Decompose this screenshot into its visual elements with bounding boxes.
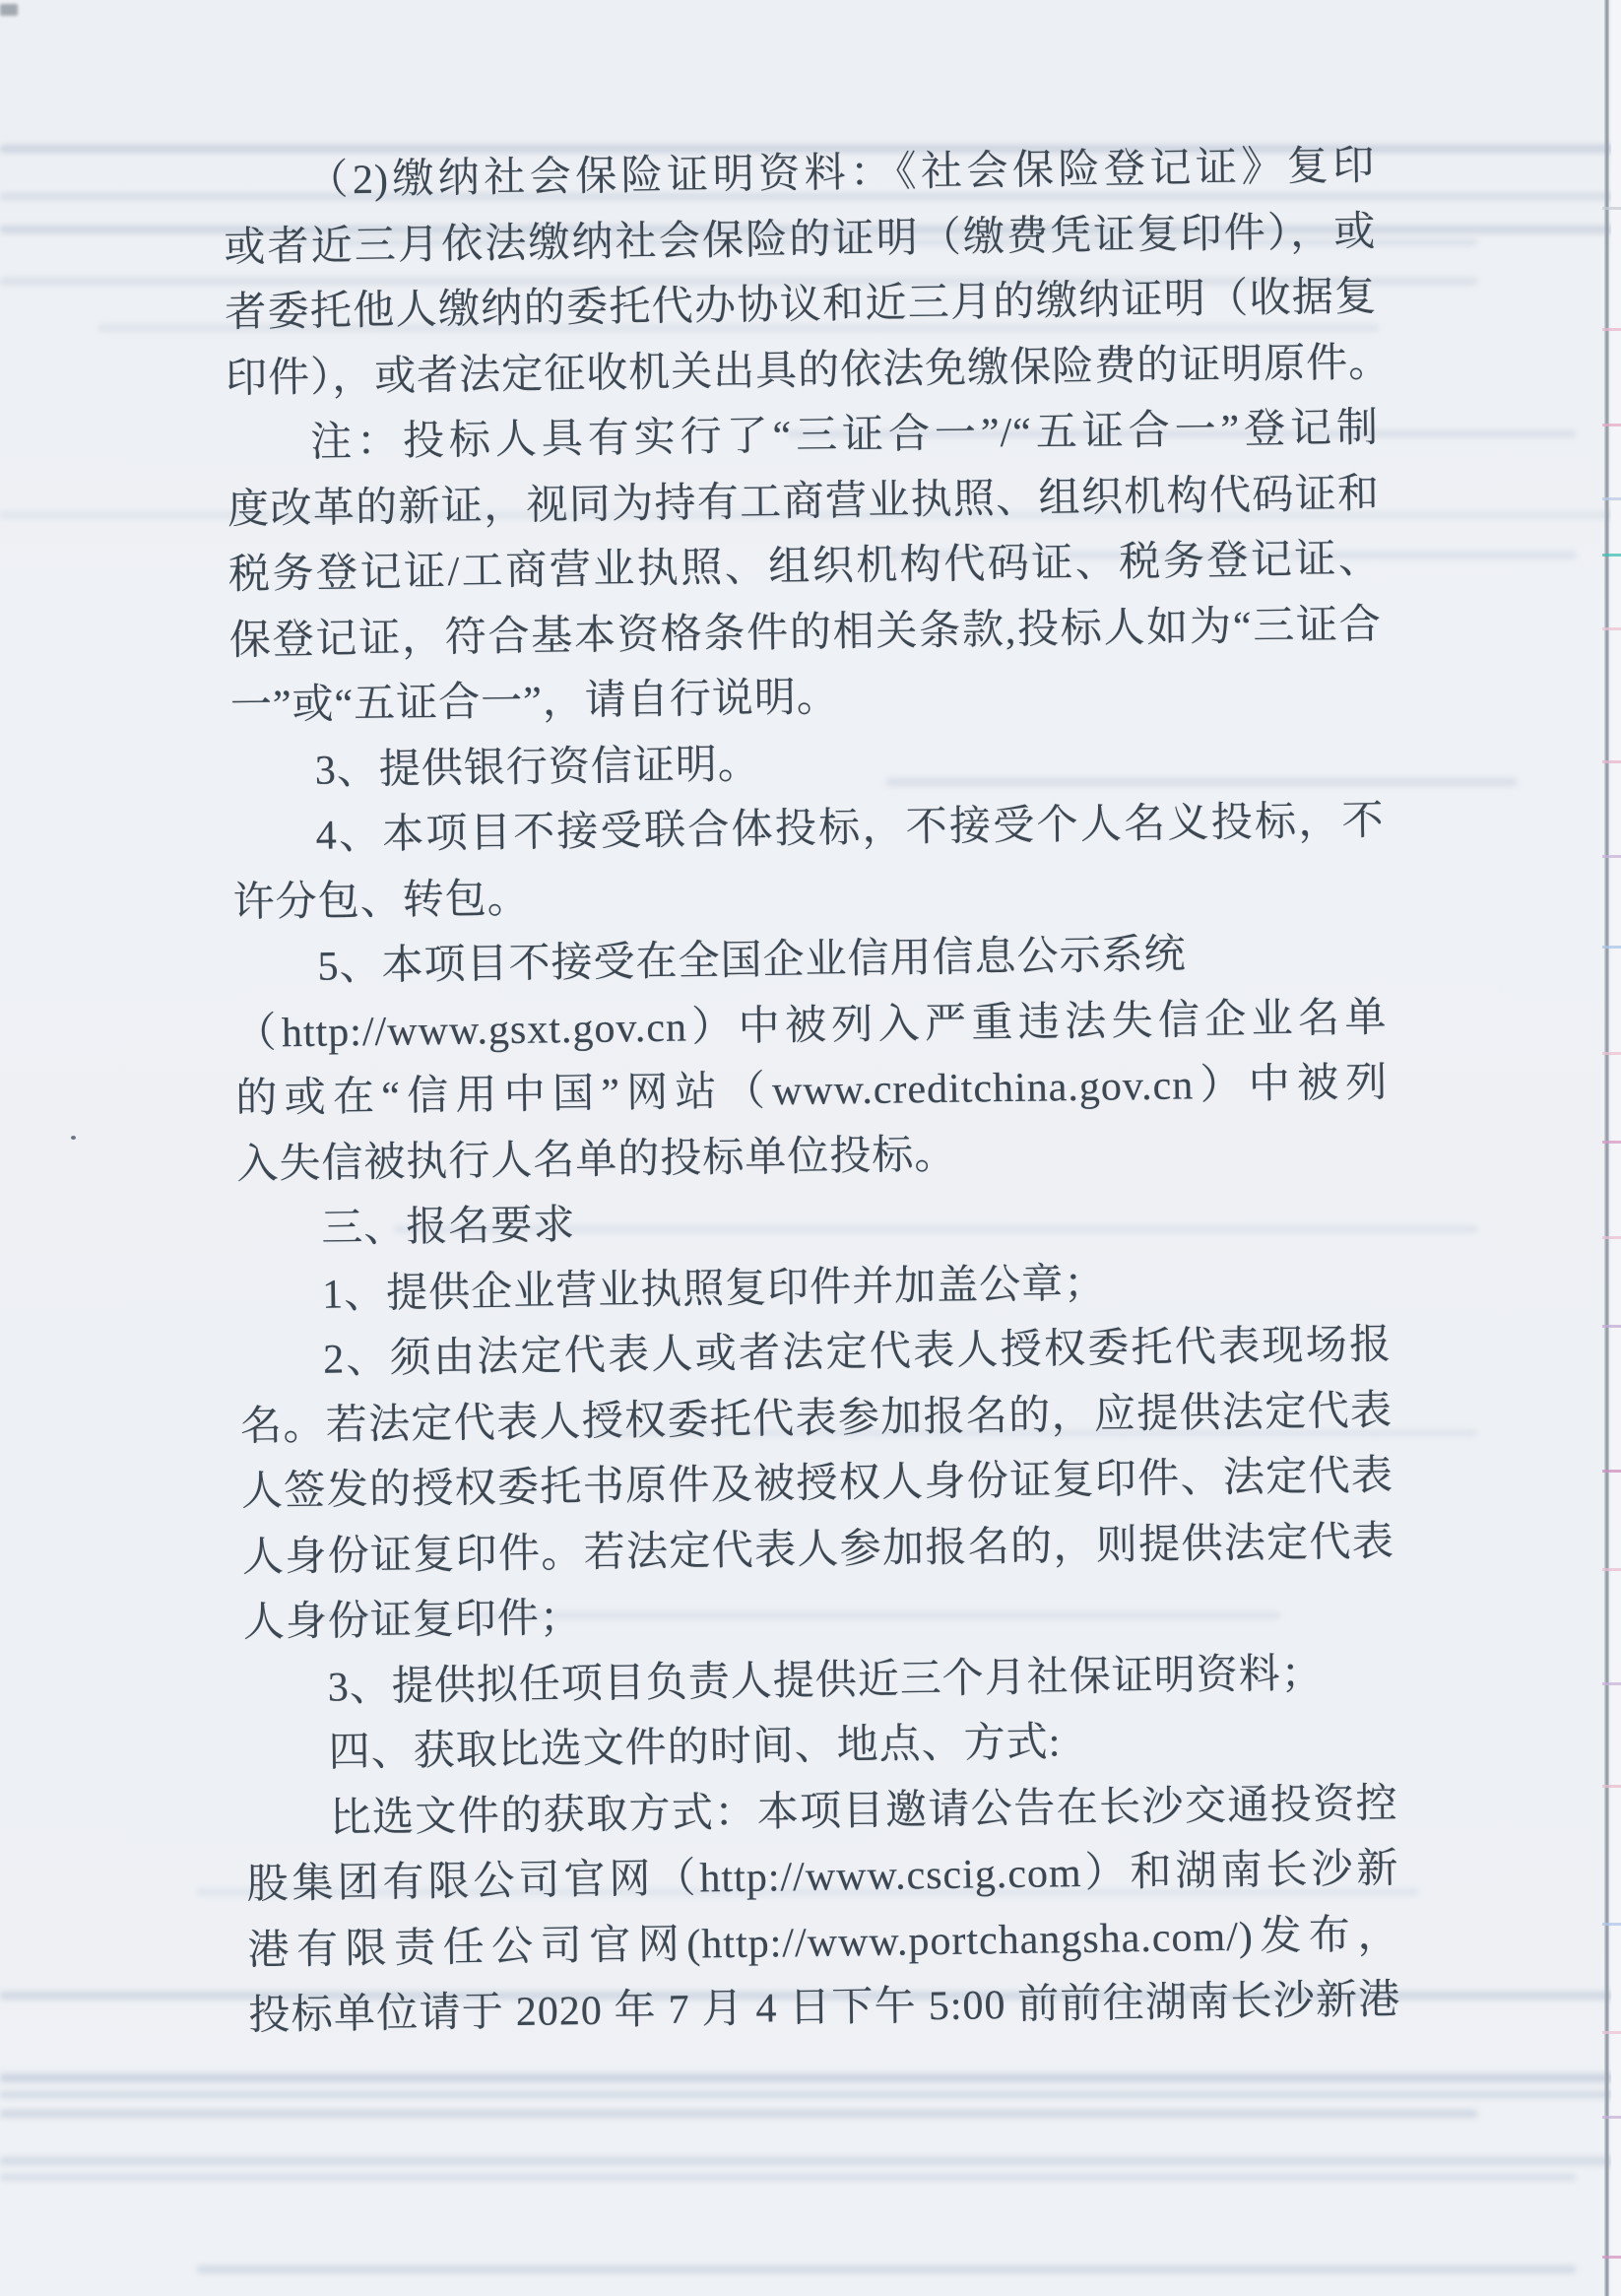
scan-color-tick (1602, 1236, 1621, 1239)
scan-color-tick (1602, 1052, 1621, 1055)
scan-color-tick (1602, 2256, 1621, 2259)
scan-color-tick (1602, 855, 1621, 858)
scan-color-tick (1602, 627, 1621, 630)
scan-color-tick (1602, 328, 1621, 331)
scan-color-tick (1602, 2031, 1621, 2034)
scan-color-tick (1602, 1785, 1621, 1788)
scanned-page: （2)缴纳社会保险证明资料：《社会保险登记证》复印件，或者近三月依法缴纳社会保险… (0, 0, 1621, 2296)
scan-color-tick (1602, 946, 1621, 949)
corner-smudge (0, 4, 18, 16)
scan-color-tick (1602, 207, 1621, 210)
document-text-block: （2)缴纳社会保险证明资料：《社会保险登记证》复印件，或者近三月依法缴纳社会保险… (223, 134, 1401, 2050)
ghost-band (0, 2157, 1621, 2165)
scan-edge-line (1604, 0, 1609, 2296)
scan-color-tick (1602, 1141, 1621, 1144)
ghost-band (0, 2110, 1477, 2118)
ink-speck (71, 1136, 76, 1140)
scan-edge-strip (1611, 0, 1621, 2296)
scan-color-tick (1602, 1923, 1621, 1926)
ghost-band (0, 2073, 1621, 2082)
scan-color-tick (1602, 1682, 1621, 1685)
scan-color-tick (1602, 1325, 1621, 1328)
ghost-band (197, 2265, 1576, 2273)
ghost-band (0, 2091, 1621, 2098)
scan-color-tick (1602, 424, 1621, 426)
ghost-band (0, 2174, 1576, 2181)
scan-color-tick (1602, 554, 1621, 557)
scan-color-tick (1602, 497, 1621, 500)
scan-color-tick (1602, 1568, 1621, 1571)
scan-color-tick (1602, 1470, 1621, 1473)
scan-color-tick (1602, 2116, 1621, 2119)
scan-color-tick (1602, 760, 1621, 763)
